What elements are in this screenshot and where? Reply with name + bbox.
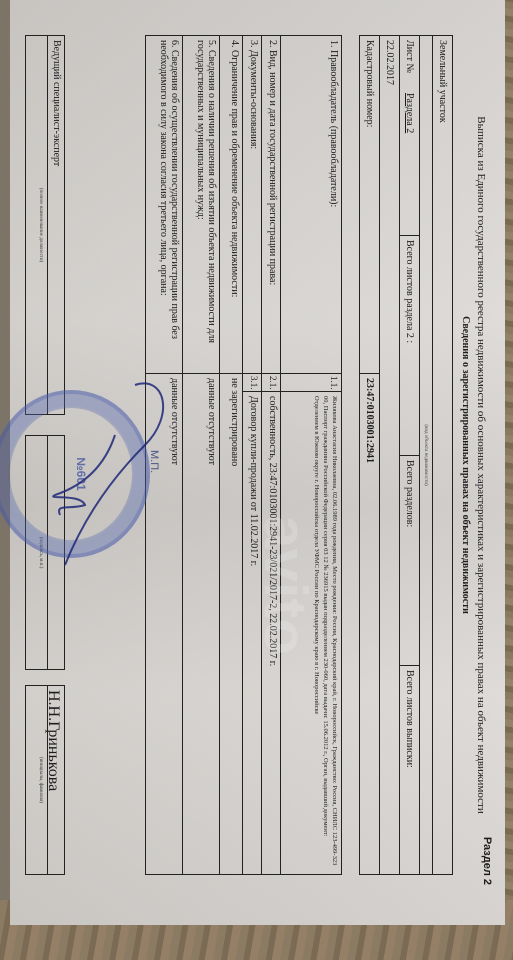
table-row: 4. Ограничение прав и обременение объект… [219,36,242,874]
signature-icon [25,375,175,595]
registry-extract-page: Раздел 2 Выписка из Единого государствен… [10,0,505,925]
row-label: 6. Сведения об осуществлении государстве… [146,36,182,374]
row-number: 1.1. [281,374,341,392]
object-type-caption: (вид объекта недвижимости) [420,36,432,874]
document-subtitle: Сведения о зарегистрированных правах на … [460,55,471,875]
extract-date: 22.02.2017 [380,36,399,874]
cadastral-label: Кадастровый номер: [360,36,379,374]
object-caption-row: (вид объекта недвижимости) [419,36,432,874]
date-row: 22.02.2017 [379,36,399,874]
total-sections: Всего разделов: [400,456,419,666]
sheet-row: Лист № Раздела 2 Всего листов раздела 2 … [399,36,419,874]
seizure-value: данные отсутствуют [183,374,219,874]
sheet-label: Лист № [404,40,415,73]
table-row: 3. Документы-основания: 3.1. Договор куп… [242,36,261,874]
position-caption: (полное наименование должности) [38,36,47,414]
cadastral-number: 23:47:0103001:2941 [360,374,379,874]
signatory-name-box: Н.Н.Гринькова (инициалы, фамилия) [25,685,65,875]
section-ref: Раздела 2 [404,93,415,133]
total-section-sheets: Всего листов раздела 2 : [400,236,419,456]
row-label: 1. Правообладатель (правообладатели): [281,36,341,374]
row-number: 3.1. [243,374,261,392]
object-type-row: Земельный участок [432,36,452,874]
row-number: 2.1. [262,374,280,392]
row-label: 3. Документы-основания: [243,36,261,374]
encumbrance-value: не зарегистрировано [220,374,242,874]
signatory-position-box: Ведущий специалист-эксперт (полное наиме… [25,35,65,415]
object-type: Земельный участок [437,40,448,123]
table-row: 2. Вид, номер и дата государственной рег… [261,36,280,874]
avito-watermark: avito [251,515,320,655]
document-title: Выписка из Единого государственного реес… [475,55,487,875]
row-label: 5. Сведения о наличии решения об изъятии… [183,36,219,374]
total-extract-sheets: Всего листов выписки: [400,666,419,874]
row-label: 4. Ограничение прав и обременение объект… [220,36,242,374]
header-table: Земельный участок (вид объекта недвижимо… [359,35,453,875]
table-row: 1. Правообладатель (правообладатели): 1.… [280,36,341,874]
signatory-position: Ведущий специалист-эксперт [47,36,64,414]
table-row: 5. Сведения о наличии решения об изъятии… [182,36,219,874]
signatory-name: Н.Н.Гринькова [47,686,64,874]
row-label: 2. Вид, номер и дата государственной рег… [262,36,280,374]
cadastral-row: Кадастровый номер: 23:47:0103001:2941 [360,36,379,874]
